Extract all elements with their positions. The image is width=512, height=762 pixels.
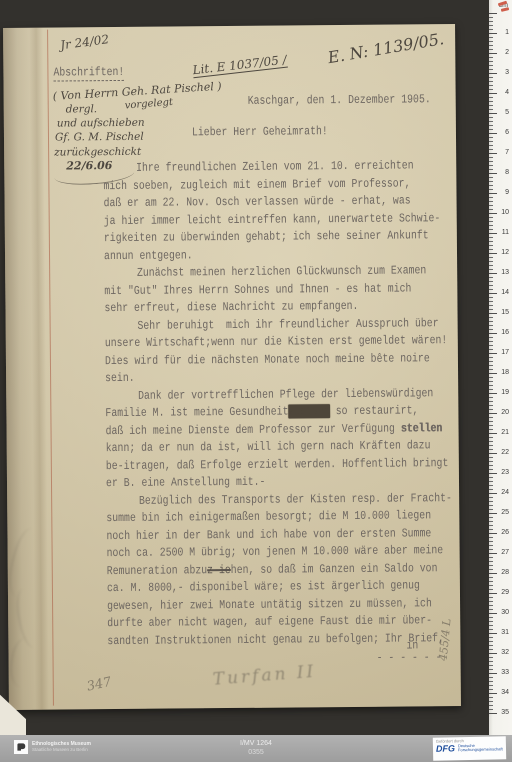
ruler-number: 22 bbox=[501, 449, 509, 457]
ruler-number: 10 bbox=[501, 209, 509, 217]
handwritten-ref-right: E. N: 1139/05. bbox=[326, 29, 445, 67]
dfg-logo: DFG bbox=[436, 743, 455, 753]
ruler-number: 31 bbox=[501, 629, 509, 637]
dfg-name-line2: Forschungsgemeinschaft bbox=[458, 746, 503, 752]
letter-paragraph: Bezüglich des Transports der Kisten resp… bbox=[106, 490, 453, 651]
letter-body: Ihre freundlichen Zeilen vom 21. 10. err… bbox=[103, 157, 453, 650]
letter-paragraph: Sehr beruhigt mich ihr freundlicher Auss… bbox=[105, 315, 451, 388]
ruler-number: 30 bbox=[501, 609, 509, 617]
letter-paper: Jr 24/02 Abschriften! Lit. E 1037/05 / E… bbox=[3, 24, 461, 710]
ruler-number: 29 bbox=[501, 589, 509, 597]
ruler-number: 6 bbox=[505, 129, 509, 137]
ruler-number: 35 bbox=[501, 709, 509, 717]
dfg-funding-badge: Gefördert durch DFG Deutsche Forschungsg… bbox=[433, 736, 506, 761]
ruler-number: 34 bbox=[501, 689, 509, 697]
ruler-number: 32 bbox=[501, 649, 509, 657]
ruler-number: 16 bbox=[501, 329, 509, 337]
ruler-number: 11 bbox=[502, 229, 509, 237]
ruler-number: 21 bbox=[501, 429, 509, 437]
ruler-number: 2 bbox=[505, 49, 509, 57]
ruler-number: 25 bbox=[501, 509, 509, 517]
handwritten-register-number: Jr 24/02 bbox=[59, 32, 109, 52]
ruler-number: 7 bbox=[505, 149, 509, 157]
ruler-number: 8 bbox=[505, 169, 509, 177]
copy-label: Abschriften! bbox=[53, 65, 124, 82]
handwritten-ref-left: Lit. E 1037/05 / bbox=[192, 53, 288, 79]
ruler-number: 18 bbox=[501, 369, 509, 377]
scanner-ruler: cm 1234567891011121314151617181920212223… bbox=[489, 0, 512, 736]
footer-bar: Ethnologisches Museum Staatliche Museen … bbox=[0, 735, 512, 762]
ruler-number: 12 bbox=[501, 249, 509, 257]
ruler-number: 28 bbox=[501, 569, 509, 577]
ruler-number: 3 bbox=[505, 69, 509, 77]
letter-closing-dashes: - - - - - - bbox=[376, 650, 441, 665]
handwritten-note-vorgelegt: vorgelegt bbox=[124, 97, 173, 112]
letter-paragraph: Dank der vortrefflichen Pflege der liebe… bbox=[105, 385, 452, 493]
handwritten-note-line: zurückgeschickt bbox=[54, 146, 141, 159]
red-margin-line bbox=[47, 30, 54, 706]
ruler-number: 15 bbox=[501, 309, 509, 317]
ruler-number: 23 bbox=[501, 469, 509, 477]
ruler-number: 5 bbox=[505, 109, 509, 117]
letter-dateline: Kaschgar, den 1. Dezember 1905. bbox=[248, 92, 431, 108]
scanned-letter-page: Jr 24/02 Abschriften! Lit. E 1037/05 / E… bbox=[0, 0, 512, 762]
ruler-number: 19 bbox=[501, 389, 509, 397]
letter-paragraph: Ihre freundlichen Zeilen vom 21. 10. err… bbox=[103, 157, 450, 265]
handwritten-note-line: Gf. G. M. Pischel bbox=[55, 131, 144, 144]
ruler-number: 1 bbox=[505, 29, 509, 37]
ruler-number: 26 bbox=[501, 529, 509, 537]
pencil-page-number: 347 bbox=[85, 675, 112, 695]
pencil-collection-mark: Turfan II bbox=[212, 662, 317, 690]
ruler-number: 13 bbox=[501, 269, 509, 277]
handwritten-note-line: und aufschieben bbox=[57, 117, 145, 130]
ruler-number: 9 bbox=[505, 189, 509, 197]
ruler-number: 20 bbox=[501, 409, 509, 417]
ruler-number: 33 bbox=[501, 669, 509, 677]
dfg-name: Deutsche Forschungsgemeinschaft bbox=[458, 743, 503, 753]
letter-paragraph: Zunächst meinen herzlichen Glückwunsch z… bbox=[104, 262, 450, 318]
pencil-side-number: 455/4 L bbox=[437, 618, 454, 662]
handwritten-note-line: dergl. bbox=[66, 103, 97, 115]
ruler-number: 24 bbox=[501, 489, 509, 497]
ruler-number: 27 bbox=[501, 549, 509, 557]
ruler-number: 4 bbox=[505, 89, 509, 97]
ruler-number: 17 bbox=[501, 349, 509, 357]
ruler-number: 14 bbox=[501, 289, 509, 297]
letter-salutation: Lieber Herr Geheimrath! bbox=[192, 124, 328, 139]
